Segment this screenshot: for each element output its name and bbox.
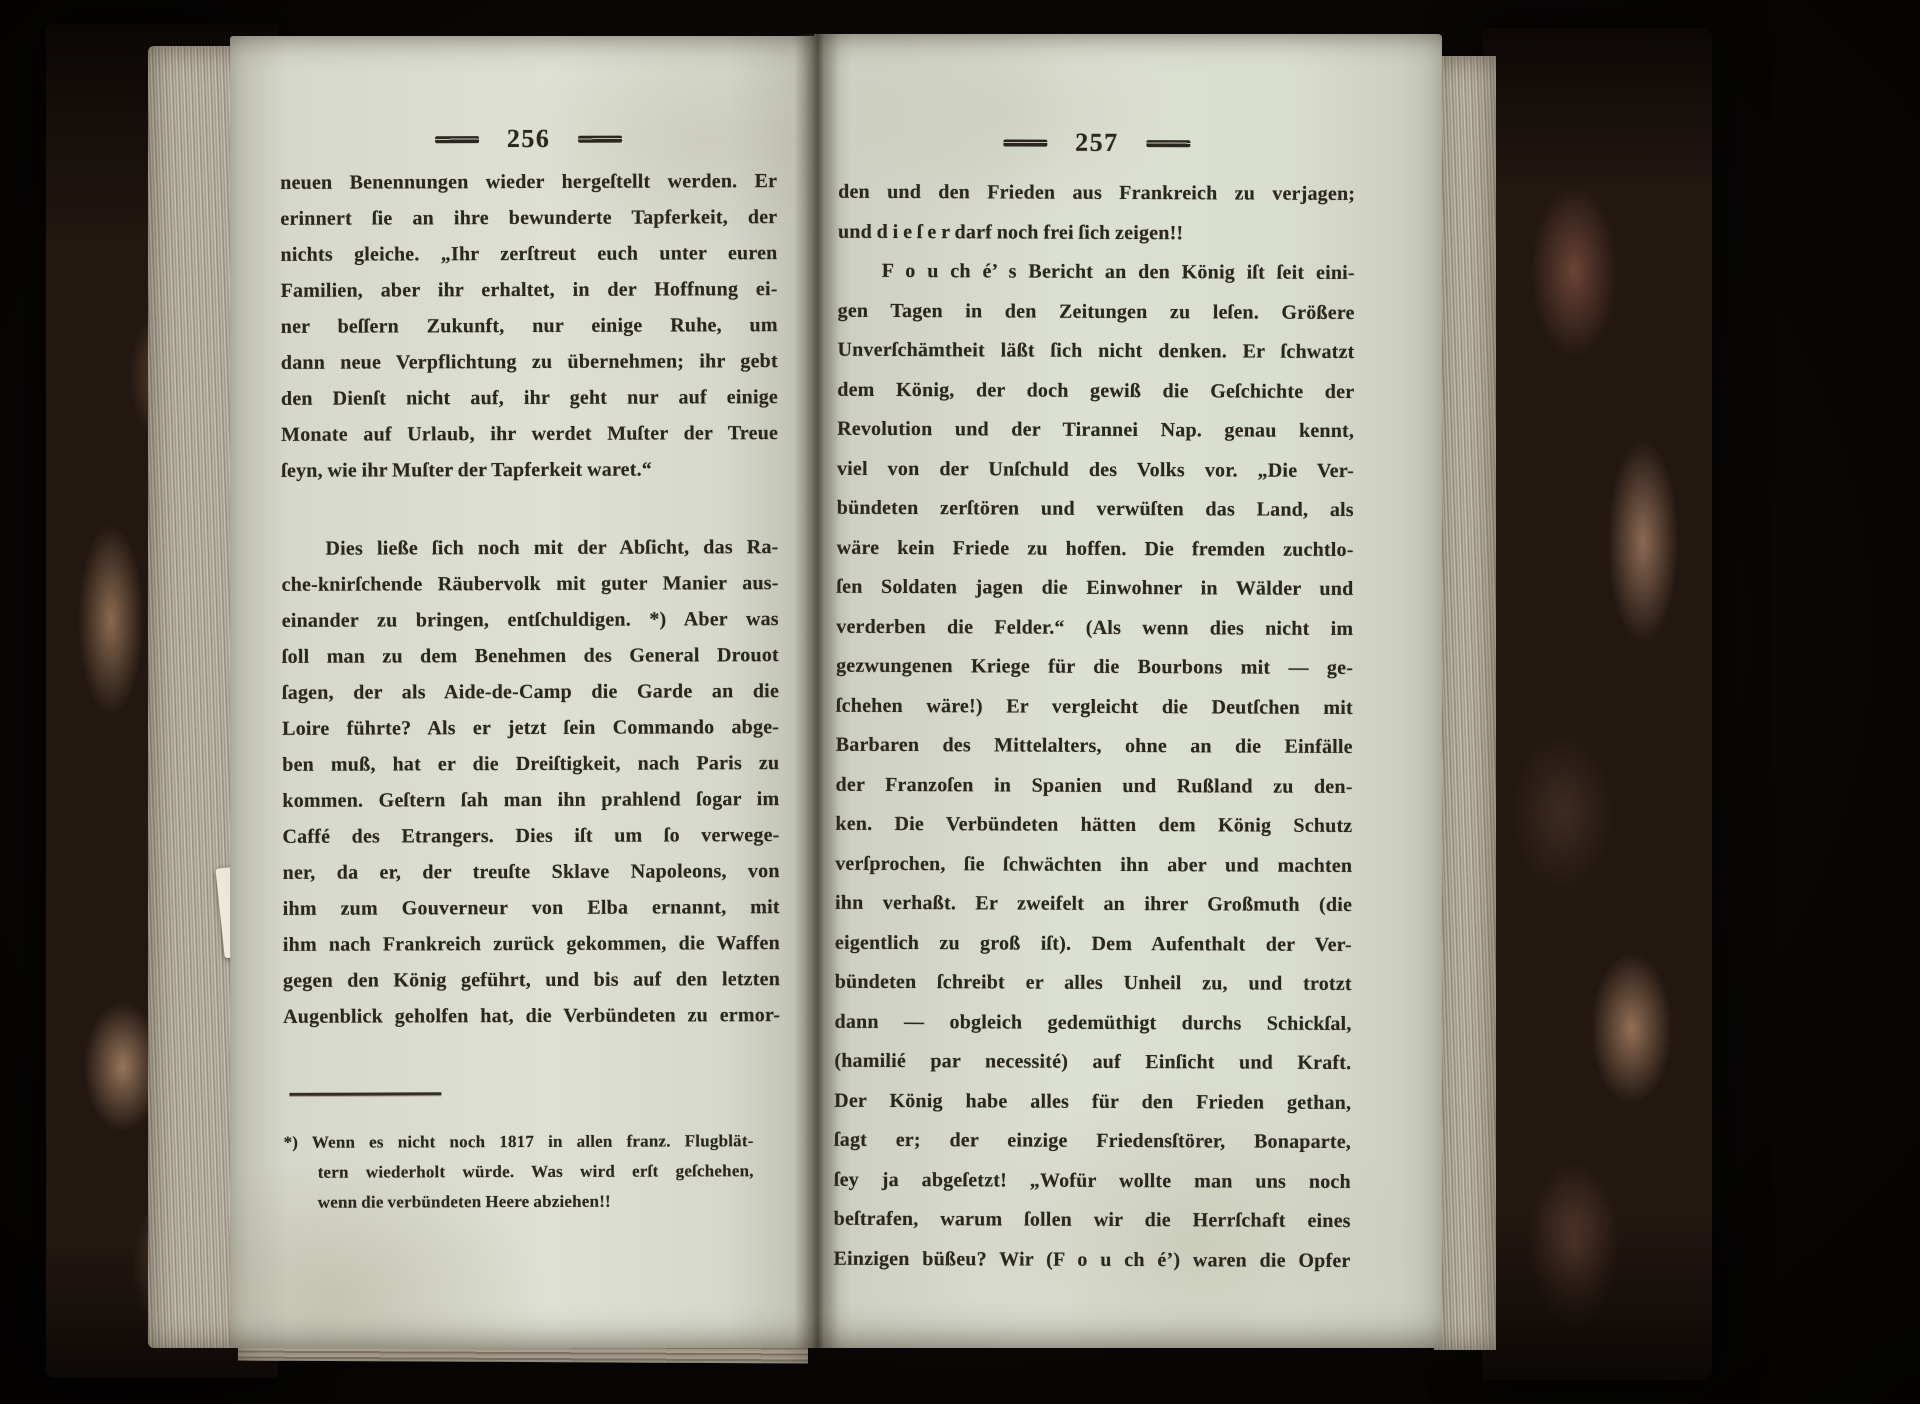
page-256-header: 256 [280,125,777,153]
text-line: ſey ja abgeſetzt! „Wofür wollte man uns … [834,1160,1351,1202]
page-257-header: 257 [838,129,1355,157]
text-line: (hamilié par necessité) auf Einſicht und… [834,1042,1351,1084]
text-line: bündeten zerſtören und verwüſten das Lan… [837,489,1354,531]
text-line: eigentlich zu groß iſt). Dem Aufenthalt … [835,923,1352,965]
page-257-surface: 257 den und den Frieden aus Frankreich z… [814,34,1442,1348]
text-line: Einzigen büßeu? Wir (F o u ch é’) waren … [833,1239,1350,1281]
header-dash-left [435,136,479,143]
text-line: gezwungenen Kriege für die Bourbons mit … [836,647,1353,689]
text-line: ihm nach Frankreich zurück gekommen, die… [283,925,780,963]
open-book: 256 neuen Benennungen wieder hergeſtellt… [0,0,1920,1404]
text-line: verſprochen, ſie ſchwächten ihn aber und… [835,844,1352,886]
text-line: ner, da er, der treuſte Sklave Napoleons… [283,853,780,891]
text-line: erinnert ſie an ihre bewunderte Tapferke… [280,199,777,237]
text-line: nichts gleiche. „Ihr zerſtreut euch unte… [280,235,777,273]
text-line: verderben die Felder.“ (Als wenn dies ni… [836,607,1353,649]
text-line: F o u ch é’ s Bericht an den König iſt ſ… [838,252,1355,294]
text-line: ner beſſern Zukunft, nur einige Ruhe, um [281,307,778,345]
text-line: den und den Frieden aus Frankreich zu ve… [838,173,1355,215]
text-line: und d i e ſ e r darf noch frei ſich zeig… [838,212,1355,254]
page-number-257: 257 [1075,130,1119,156]
text-line: Revolution und der Tirannei Nap. genau k… [837,410,1354,452]
text-line: der Franzoſen in Spanien und Rußland zu … [836,765,1353,807]
book-gutter-shadow [794,34,840,1348]
text-line: Unverſchämtheit läßt ſich nicht denken. … [837,331,1354,373]
text-line: Der König habe alles für den Frieden get… [834,1081,1351,1123]
footnote-separator-rule [289,1092,441,1096]
header-dash-left [1003,139,1047,146]
text-line: ben muß, hat er die Dreiſtigkeit, nach P… [282,745,779,783]
text-line: viel von der Unſchuld des Volks vor. „Di… [837,449,1354,491]
text-line: ſagt er; der einzige Friedensſtörer, Bon… [834,1121,1351,1163]
text-line: ſagen, der als Aide-de-Camp die Garde an… [282,673,779,711]
text-line: *) Wenn es nicht noch 1817 in allen fran… [318,1126,754,1158]
text-line: dem König, der doch gewiß die Geſchichte… [837,370,1354,412]
right-page-edges [1434,56,1496,1350]
text-line: dann neue Verpflichtung zu übernehmen; i… [281,343,778,381]
text-line: Augenblick geholfen hat, die Verbündeten… [283,997,780,1035]
footnote: *) Wenn es nicht noch 1817 in allen fran… [284,1126,754,1218]
page-number-256: 256 [507,126,551,152]
page-256-text-column: neuen Benennungen wieder hergeſtellt wer… [280,163,781,1218]
text-line: Loire führte? Als er jetzt ſein Commando… [282,709,779,747]
page-256: 256 neuen Benennungen wieder hergeſtellt… [230,36,814,1348]
text-line: dann — obgleich gedemüthigt durchs Schic… [834,1002,1351,1044]
text-line: neuen Benennungen wieder hergeſtellt wer… [280,163,777,201]
text-line: beſtrafen, warum ſollen wir die Herrſcha… [834,1200,1351,1242]
text-line: wäre kein Friede zu hoffen. Die fremden … [837,528,1354,570]
paragraph-commentary: Dies ließe ſich noch mit der Abſicht, da… [281,529,780,1035]
text-line: ſen Soldaten jagen die Einwohner in Wäld… [836,568,1353,610]
text-line: den Dienſt nicht auf, ihr geht nur auf e… [281,379,778,417]
photo-background: 256 neuen Benennungen wieder hergeſtellt… [0,0,1920,1404]
text-line: tern wiederholt würde. Was wird erſt geſ… [318,1156,754,1188]
text-line: gen Tagen in den Zeitungen zu leſen. Grö… [838,291,1355,333]
text-line: kommen. Geſtern ſah man ihn prahlend ſog… [282,781,779,819]
text-line: ſchehen wäre!) Er vergleicht die Deutſch… [836,686,1353,728]
text-line: bündeten ſchreibt er alles Unheil zu, un… [835,963,1352,1005]
text-line: Barbaren des Mittelalters, ohne an die E… [836,726,1353,768]
paragraph-speech: neuen Benennungen wieder hergeſtellt wer… [280,163,778,489]
text-line: ſoll man zu dem Benehmen des General Dro… [282,637,779,675]
page-257-text-column: den und den Frieden aus Frankreich zu ve… [833,173,1355,1281]
text-line: wenn die verbündeten Heere abziehen!! [318,1186,754,1218]
text-line: Familien, aber ihr erhaltet, in der Hoff… [281,271,778,309]
page-257: 257 den und den Frieden aus Frankreich z… [814,34,1442,1348]
right-marbled-cover [1482,28,1712,1380]
text-line: ihm zum Gouverneur von Elba ernannt, mit [283,889,780,927]
header-dash-right [578,135,622,142]
text-line: Monate auf Urlaub, ihr werdet Muſter der… [281,415,778,453]
paragraph-fouche-report: den und den Frieden aus Frankreich zu ve… [833,173,1355,1281]
text-line: Caffé des Etrangers. Dies iſt um ſo verw… [282,817,779,855]
text-line: ſeyn, wie ihr Muſter der Tapferkeit ware… [281,451,778,489]
text-line: ihn verhaßt. Er zweifelt an ihrer Großmu… [835,884,1352,926]
header-dash-right [1147,140,1191,147]
page-256-surface: 256 neuen Benennungen wieder hergeſtellt… [230,36,814,1348]
text-line: che-knirſchende Räubervolk mit guter Man… [282,565,779,603]
text-line: gegen den König geführt, und bis auf den… [283,961,780,999]
text-line: ken. Die Verbündeten hätten dem König Sc… [835,805,1352,847]
text-line: einander zu bringen, entſchuldigen. *) A… [282,601,779,639]
text-line: Dies ließe ſich noch mit der Abſicht, da… [281,529,778,567]
